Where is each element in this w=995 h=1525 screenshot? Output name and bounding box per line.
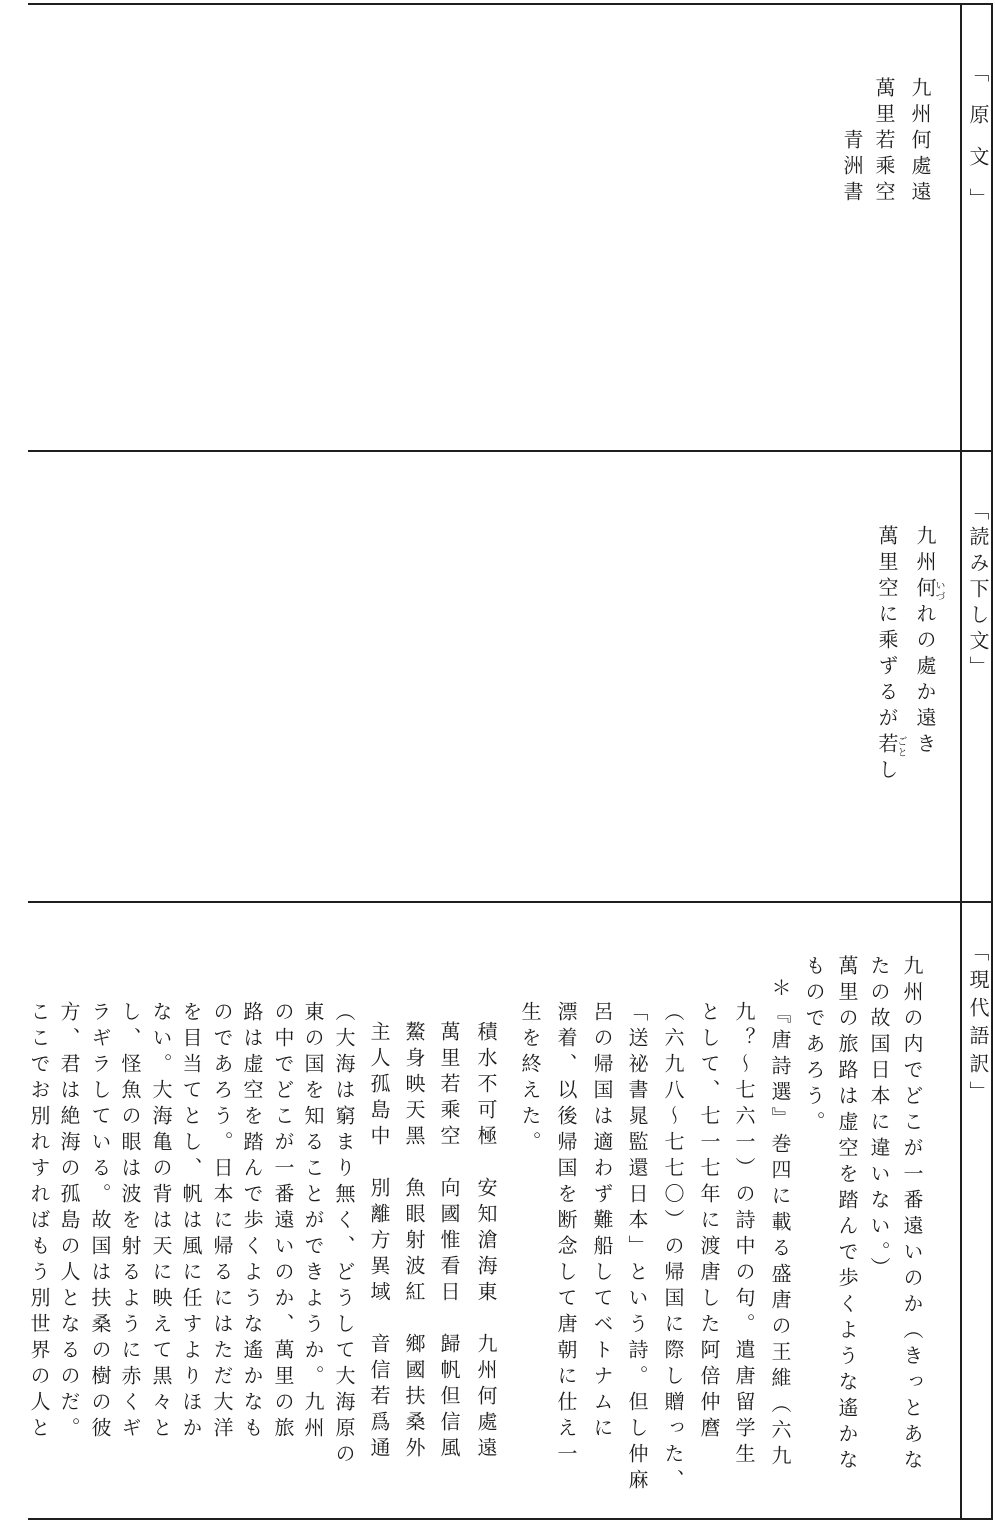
section-divider-1 — [28, 450, 993, 452]
original-poem-column-1: 九州何處遠 — [908, 77, 930, 207]
translation-column-1: 九州の内でどこが一番遠いのか（きっとあな — [900, 955, 922, 1475]
poem-translation-column-9: ラギラしている。故国は扶桑の樹の彼 — [88, 1001, 110, 1443]
translation-column-3: 萬里の旅路は虚空を踏んで歩くような遙かな — [835, 955, 857, 1475]
note-column-6: 呂の帰国は適わず難船してベトナムに — [590, 1001, 612, 1443]
original-poem-column-2: 萬里若乘空 — [872, 77, 894, 207]
note-column-3: として、七一七年に渡唐した阿倍仲麿 — [697, 1001, 719, 1443]
poem-translation-column-6: を目当てとし、帆は風に任すよりほか — [179, 1001, 201, 1443]
note-column-5: 「送祕書晁監還日本」という詩。但し仲麻 — [625, 1001, 647, 1495]
poem-translation-column-8: し、怪魚の眼は波を射るように赤くギ — [118, 1001, 140, 1443]
poem-translation-column-2: 東の国を知ることができようか。九州 — [301, 1001, 323, 1443]
document-page: 「原文」 九州何處遠 萬里若乘空 青洲書 「読み下し文」 九州何れの處か遠き い… — [0, 0, 995, 1525]
section-divider-2 — [28, 901, 993, 903]
poem-translation-column-11: ここでお別れすればもう別世界の人と — [27, 1001, 49, 1443]
furigana-goto: ごと — [895, 736, 905, 758]
full-poem-column-1: 積水不可極 安知滄海東 九州何處遠 — [474, 1021, 496, 1463]
top-border-line — [28, 3, 993, 5]
furigana-izu: いづ — [933, 580, 943, 602]
note-column-7: 漂着、以後帰国を断念して唐朝に仕え一 — [554, 1001, 576, 1469]
note-column-1: ＊『唐詩選』巻四に載る盛唐の王維（六九 — [768, 977, 790, 1471]
note-column-8: 生を終えた。 — [518, 1001, 540, 1157]
bottom-border-line — [28, 1518, 993, 1520]
note-column-4: （六九八〜七七〇）の帰国に際し贈った、 — [661, 1001, 683, 1495]
poem-translation-column-1: （大海は窮まり無く、どうして大海原の — [332, 1001, 354, 1469]
translation-column-4: ものであろう。 — [802, 955, 824, 1137]
yomikudashi-column-1: 九州何れの處か遠き — [913, 525, 935, 759]
full-poem-column-4: 主人孤島中 別離方異域 音信若爲通 — [367, 1021, 389, 1463]
poem-translation-column-4: 路は虚空を踏んで歩くような遙かなも — [240, 1001, 262, 1443]
translation-column-2: たの故国日本に違いない。） — [867, 955, 889, 1283]
poem-translation-column-3: の中でどこが一番遠いのか、萬里の旅 — [271, 1001, 293, 1443]
poem-translation-column-5: のであろう。日本に帰るにはただ大洋 — [210, 1001, 232, 1443]
note-column-2: 九？〜七六一）の詩中の句。遣唐留学生 — [732, 1001, 754, 1469]
label-column-rule — [960, 3, 962, 1520]
full-poem-column-2: 萬里若乘空 向國惟看日 歸帆但信風 — [437, 1021, 459, 1463]
section-label-gendaigoyaku: 「現代語訳」 — [966, 941, 988, 1109]
poem-translation-column-10: 方、君は絶海の孤島の人となるのだ。 — [57, 1001, 79, 1443]
full-poem-column-3: 鰲身映天黑 魚眼射波紅 鄉國扶桑外 — [402, 1021, 424, 1463]
section-label-genbun: 「原文」 — [966, 62, 988, 230]
section-label-yomikudashi: 「読み下し文」 — [966, 500, 988, 682]
right-border-line — [991, 3, 993, 1520]
poem-translation-column-7: ない。大海亀の背は天に映えて黒々と — [149, 1001, 171, 1443]
original-signature-column: 青洲書 — [840, 129, 862, 207]
yomikudashi-column-2: 萬里空に乘ずるが若し — [875, 525, 897, 785]
